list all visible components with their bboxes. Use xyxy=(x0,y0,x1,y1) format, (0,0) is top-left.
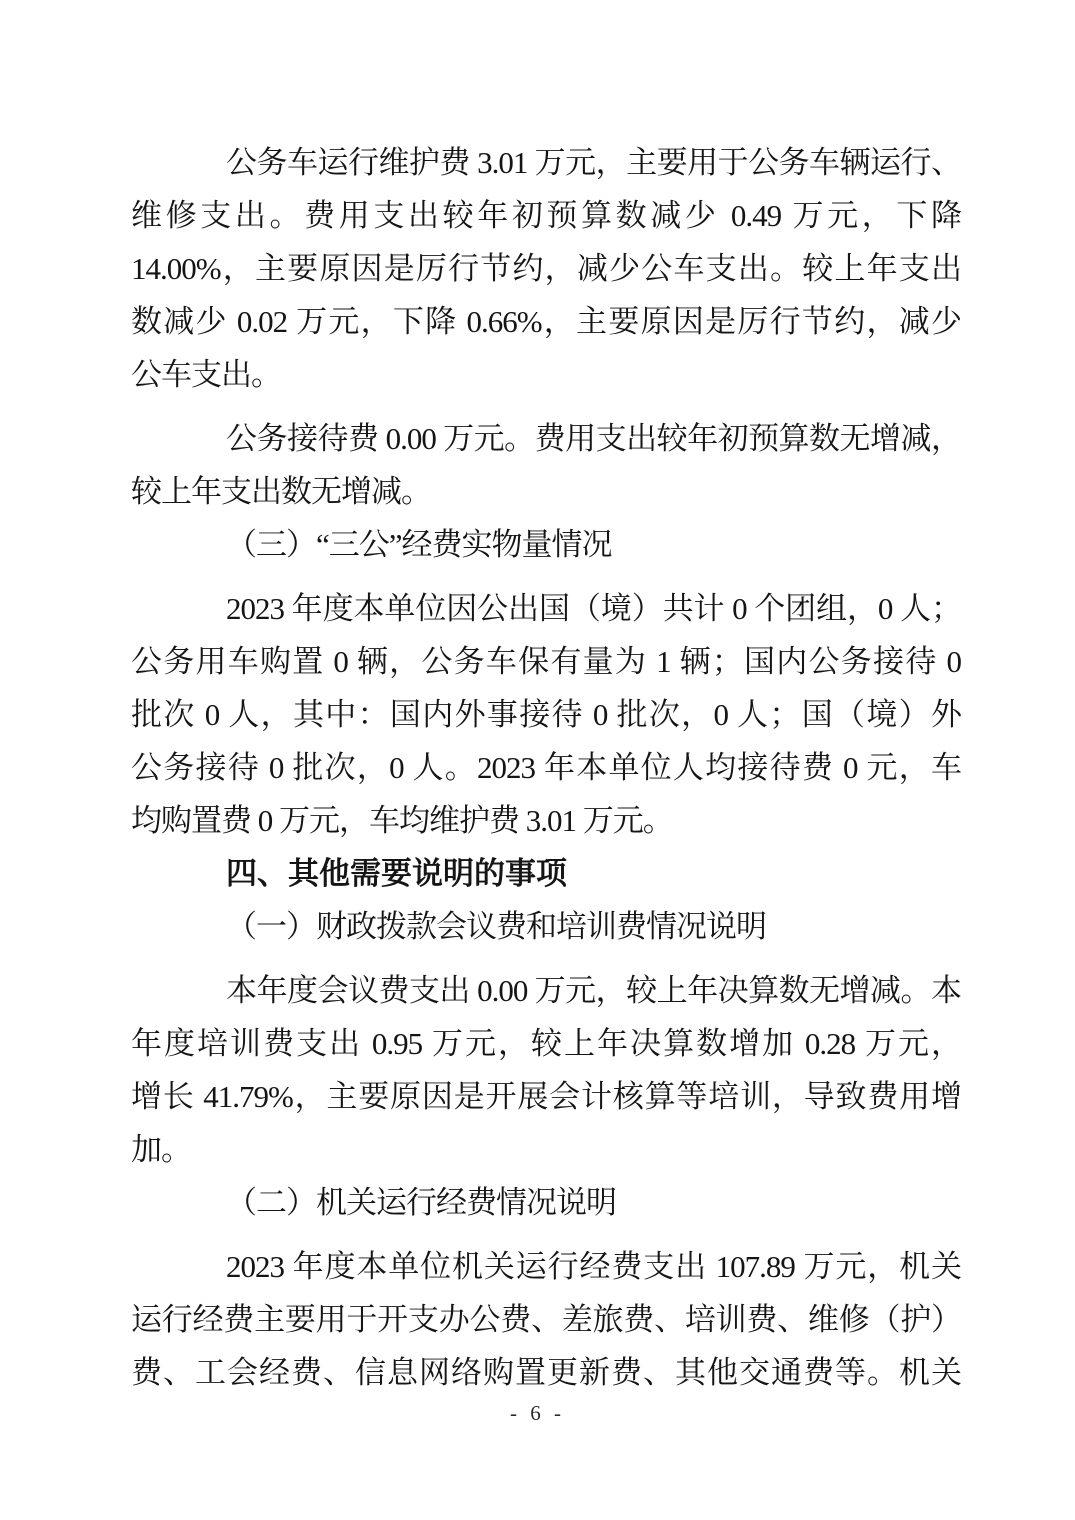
text-line: 年度培训费支出 0.95 万元，较上年决算数增加 0.28 万元， xyxy=(131,1017,961,1070)
paragraph-vehicle-maintenance: 公务车运行维护费 3.01 万元，主要用于公务车辆运行、 维修支出。费用支出较年… xyxy=(131,136,961,401)
text-line: 公车支出。 xyxy=(131,348,961,401)
page-footer: - 6 - xyxy=(0,1398,1075,1428)
text-line: 较上年支出数无增减。 xyxy=(131,465,961,518)
text-line: 均购置费 0 万元，车均维护费 3.01 万元。 xyxy=(131,794,961,847)
subheading-text: （一）财政拨款会议费和培训费情况说明 xyxy=(131,900,961,953)
text-line: 14.00%，主要原因是厉行节约，减少公车支出。较上年支出 xyxy=(131,242,961,295)
text-line: 公务接待费 0.00 万元。费用支出较年初预算数无增减， xyxy=(131,412,961,465)
subheading-text: （二）机关运行经费情况说明 xyxy=(131,1176,961,1229)
subheading-meeting-training-fees: （一）财政拨款会议费和培训费情况说明 xyxy=(131,900,961,953)
text-line: 数减少 0.02 万元，下降 0.66%，主要原因是厉行节约，减少 xyxy=(131,295,961,348)
text-line: 费、工会经费、信息网络购置更新费、其他交通费等。机关 xyxy=(131,1346,961,1399)
paragraph-operating-expenses-detail: 2023 年度本单位机关运行经费支出 107.89 万元，机关 运行经费主要用于… xyxy=(131,1240,961,1399)
paragraph-meeting-training-detail: 本年度会议费支出 0.00 万元，较上年决算数无增减。本 年度培训费支出 0.9… xyxy=(131,964,961,1176)
document-body: 公务车运行维护费 3.01 万元，主要用于公务车辆运行、 维修支出。费用支出较年… xyxy=(131,136,961,1399)
text-line: 运行经费主要用于开支办公费、差旅费、培训费、维修（护） xyxy=(131,1293,961,1346)
text-line: 公务车运行维护费 3.01 万元，主要用于公务车辆运行、 xyxy=(131,136,961,189)
text-line: 2023 年度本单位因公出国（境）共计 0 个团组，0 人； xyxy=(131,582,961,635)
heading-other-matters: 四、其他需要说明的事项 xyxy=(131,847,961,900)
paragraph-official-reception: 公务接待费 0.00 万元。费用支出较年初预算数无增减， 较上年支出数无增减。 xyxy=(131,412,961,518)
subheading-text: （三）“三公”经费实物量情况 xyxy=(131,518,961,571)
text-line: 本年度会议费支出 0.00 万元，较上年决算数无增减。本 xyxy=(131,964,961,1017)
text-line: 公务用车购置 0 辆，公务车保有量为 1 辆；国内公务接待 0 xyxy=(131,635,961,688)
text-line: 公务接待 0 批次，0 人。2023 年本单位人均接待费 0 元，车 xyxy=(131,741,961,794)
text-line: 2023 年度本单位机关运行经费支出 107.89 万元，机关 xyxy=(131,1240,961,1293)
text-line: 加。 xyxy=(131,1123,961,1176)
page-number: - 6 - xyxy=(510,1401,565,1425)
text-line: 维修支出。费用支出较年初预算数减少 0.49 万元，下降 xyxy=(131,189,961,242)
heading-text: 四、其他需要说明的事项 xyxy=(131,847,961,900)
paragraph-physical-quantities: 2023 年度本单位因公出国（境）共计 0 个团组，0 人； 公务用车购置 0 … xyxy=(131,582,961,847)
subheading-three-public-quantities: （三）“三公”经费实物量情况 xyxy=(131,518,961,571)
text-line: 增长 41.79%，主要原因是开展会计核算等培训，导致费用增 xyxy=(131,1070,961,1123)
text-line: 批次 0 人，其中：国内外事接待 0 批次，0 人；国（境）外 xyxy=(131,688,961,741)
document-page: 公务车运行维护费 3.01 万元，主要用于公务车辆运行、 维修支出。费用支出较年… xyxy=(0,0,1075,1520)
subheading-operating-expenses: （二）机关运行经费情况说明 xyxy=(131,1176,961,1229)
